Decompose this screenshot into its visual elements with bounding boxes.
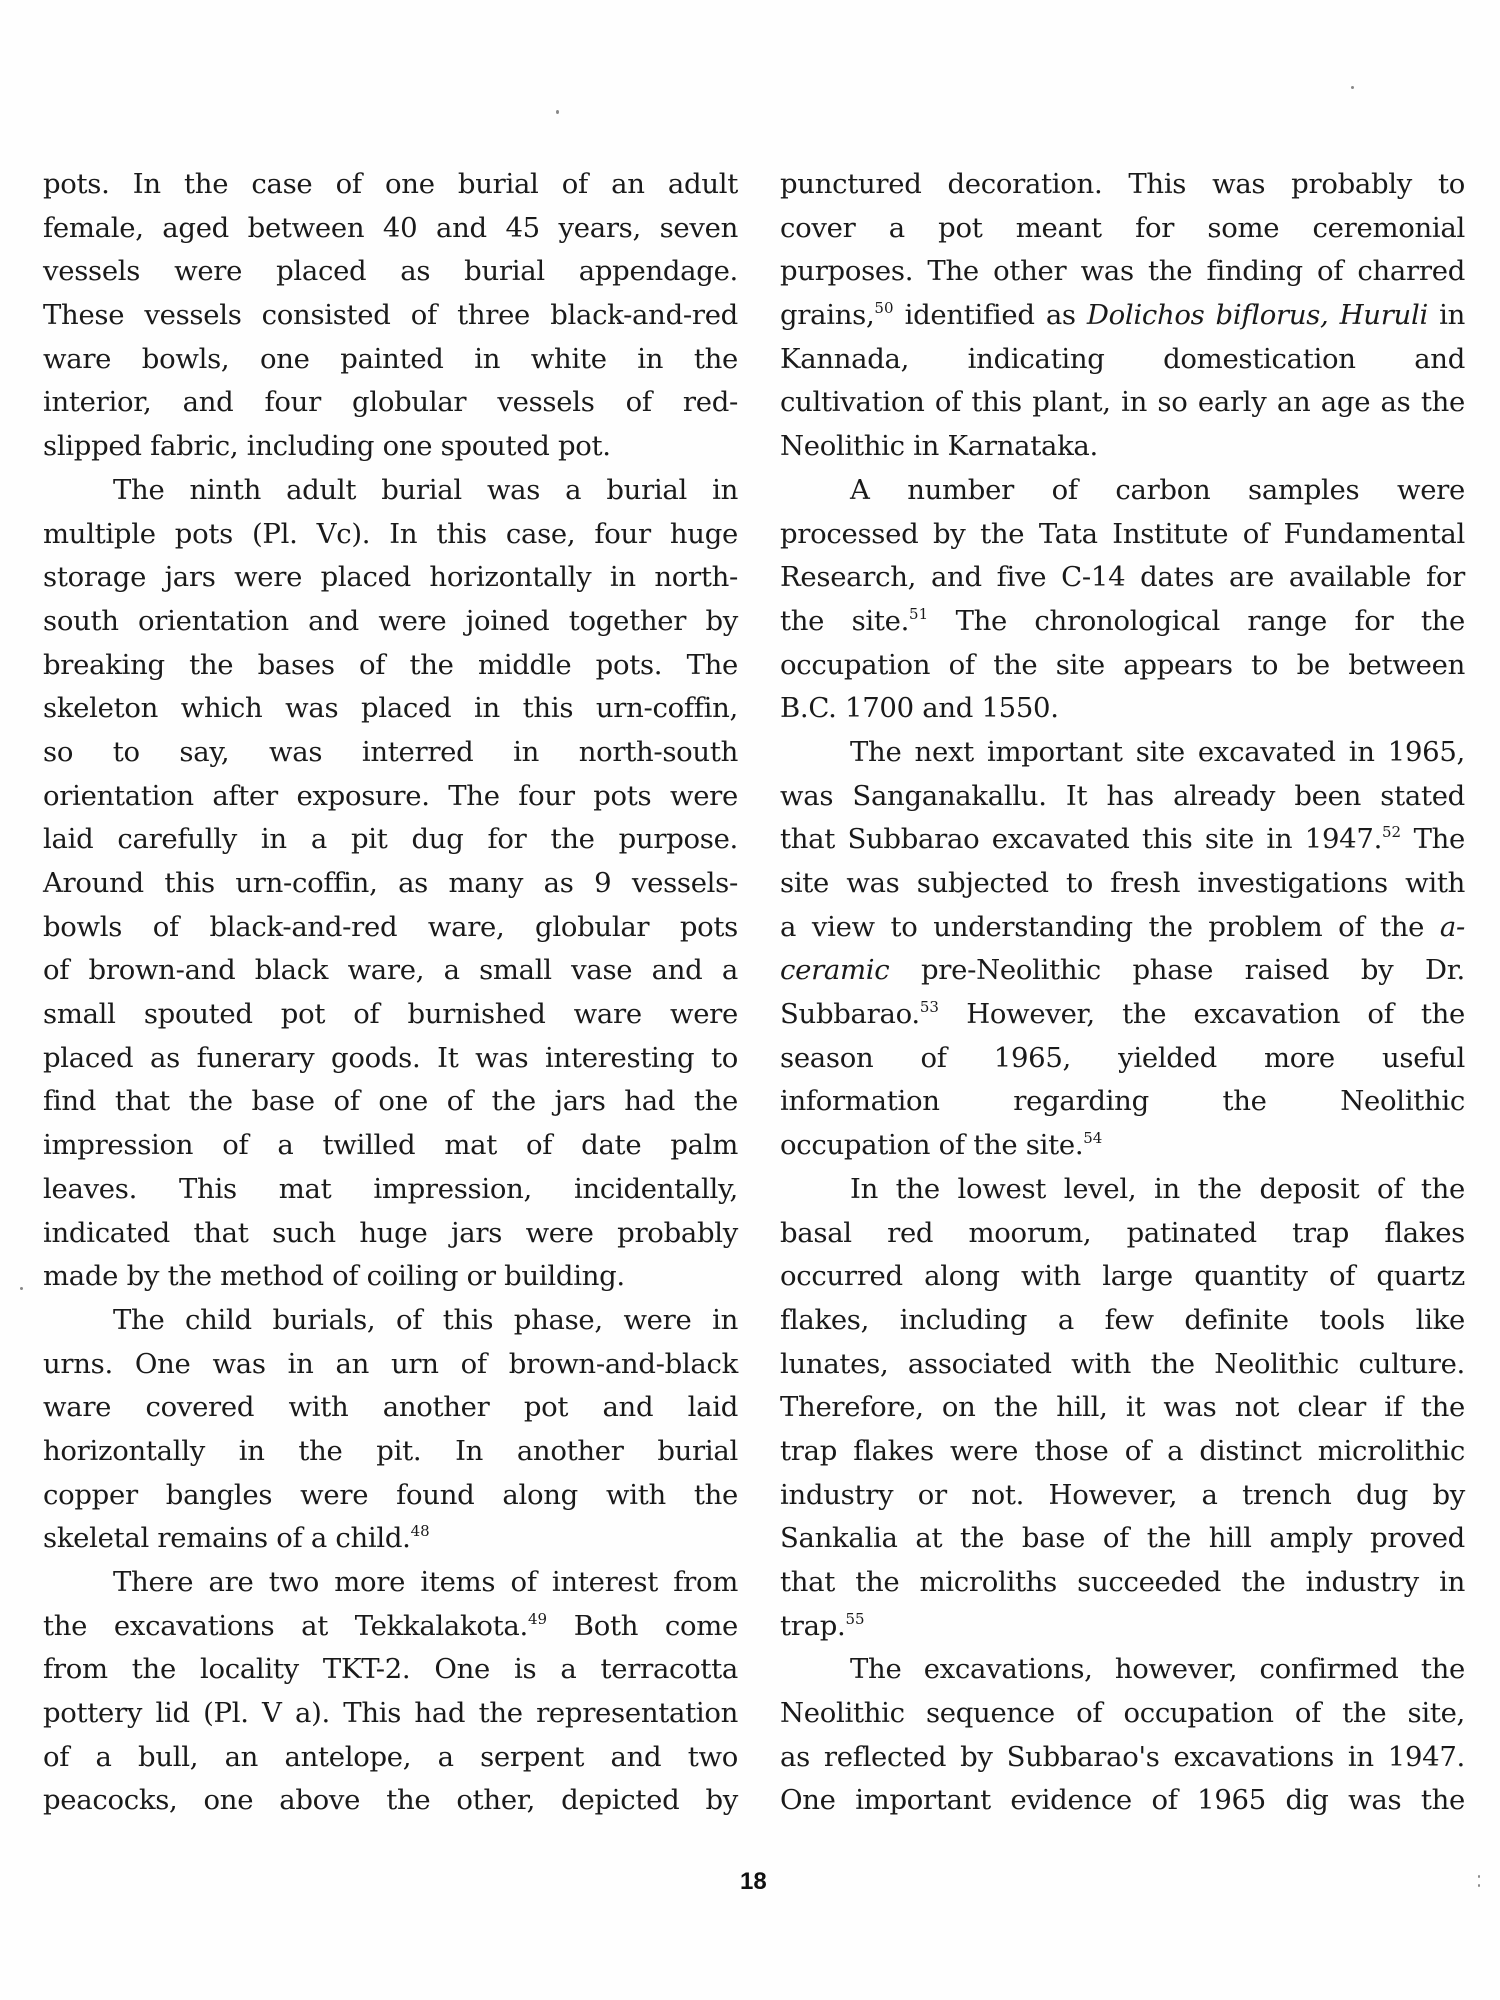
footnote-reference: 48 bbox=[411, 1522, 430, 1540]
text-line: basal red moorum, patinated trap flakes bbox=[780, 1212, 1465, 1256]
text-line: The ninth adult burial was a burial in bbox=[43, 469, 738, 513]
text-line: occupation of the site appears to be bet… bbox=[780, 644, 1465, 688]
text-line: the excavations at Tekkalakota.49 Both c… bbox=[43, 1605, 738, 1649]
line-text: The child burials, of this phase, were i… bbox=[113, 1304, 738, 1336]
line-text: orientation after exposure. The four pot… bbox=[43, 780, 738, 812]
text-line: leaves. This mat impression, incidentall… bbox=[43, 1168, 738, 1212]
text-line: pots. In the case of one burial of an ad… bbox=[43, 163, 738, 207]
text-line: grains,50 identified as Dolichos bifloru… bbox=[780, 294, 1465, 338]
line-text: south orientation and were joined togeth… bbox=[43, 605, 738, 637]
line-text: However, the excavation of the bbox=[939, 998, 1465, 1030]
line-text: processed by the Tata Institute of Funda… bbox=[780, 518, 1465, 550]
line-text: urns. One was in an urn of brown-and-bla… bbox=[43, 1348, 738, 1380]
scan-speck bbox=[20, 1287, 23, 1290]
line-text: industry or not. However, a trench dug b… bbox=[780, 1479, 1465, 1511]
line-text: cover a pot meant for some ceremonial bbox=[780, 212, 1465, 244]
text-line: Therefore, on the hill, it was not clear… bbox=[780, 1386, 1465, 1430]
footnote-reference: 51 bbox=[909, 605, 928, 623]
line-text: flakes, including a few definite tools l… bbox=[780, 1304, 1465, 1336]
line-text: site was subjected to fresh investigatio… bbox=[780, 867, 1465, 899]
line-text: small spouted pot of burnished ware were bbox=[43, 998, 738, 1030]
text-line: orientation after exposure. The four pot… bbox=[43, 775, 738, 819]
text-line: Research, and five C-14 dates are availa… bbox=[780, 556, 1465, 600]
line-text: breaking the bases of the middle pots. T… bbox=[43, 649, 738, 681]
line-text: season of 1965, yielded more useful bbox=[780, 1042, 1465, 1074]
text-line: so to say, was interred in north-south bbox=[43, 731, 738, 775]
line-text: in bbox=[1428, 299, 1465, 331]
line-text: as reflected by Subbarao's excavations i… bbox=[780, 1741, 1465, 1773]
line-text: the excavations at Tekkalakota. bbox=[43, 1610, 528, 1642]
line-text: There are two more items of interest fro… bbox=[113, 1566, 738, 1598]
text-line: The next important site excavated in 196… bbox=[780, 731, 1465, 775]
line-text: skeleton which was placed in this urn-co… bbox=[43, 692, 738, 724]
line-text: The bbox=[1401, 823, 1465, 855]
text-line: trap flakes were those of a distinct mic… bbox=[780, 1430, 1465, 1474]
text-line: the site.51 The chronological range for … bbox=[780, 600, 1465, 644]
footnote-reference: 50 bbox=[874, 299, 893, 317]
line-text: occupation of the site appears to be bet… bbox=[780, 649, 1465, 681]
text-line: peacocks, one above the other, depicted … bbox=[43, 1779, 738, 1823]
text-line: In the lowest level, in the deposit of t… bbox=[780, 1168, 1465, 1212]
line-text: purposes. The other was the finding of c… bbox=[780, 255, 1465, 287]
text-line: lunates, associated with the Neolithic c… bbox=[780, 1343, 1465, 1387]
text-line: Subbarao.53 However, the excavation of t… bbox=[780, 993, 1465, 1037]
right-text-column: punctured decoration. This was probably … bbox=[780, 163, 1465, 1823]
line-text: trap. bbox=[780, 1610, 845, 1642]
text-line: occurred along with large quantity of qu… bbox=[780, 1255, 1465, 1299]
text-line: punctured decoration. This was probably … bbox=[780, 163, 1465, 207]
text-line: ceramic pre-Neolithic phase raised by Dr… bbox=[780, 949, 1465, 993]
line-text: Sankalia at the base of the hill amply p… bbox=[780, 1522, 1465, 1554]
line-text: of a bull, an antelope, a serpent and tw… bbox=[43, 1741, 738, 1773]
text-line: information regarding the Neolithic bbox=[780, 1080, 1465, 1124]
text-line: find that the base of one of the jars ha… bbox=[43, 1080, 738, 1124]
text-line: urns. One was in an urn of brown-and-bla… bbox=[43, 1343, 738, 1387]
text-line: a view to understanding the problem of t… bbox=[780, 906, 1465, 950]
line-text: pots. In the case of one burial of an ad… bbox=[43, 168, 738, 200]
text-line: processed by the Tata Institute of Funda… bbox=[780, 513, 1465, 557]
text-line: bowls of black-and-red ware, globular po… bbox=[43, 906, 738, 950]
text-line: placed as funerary goods. It was interes… bbox=[43, 1037, 738, 1081]
line-text: The chronological range for the bbox=[928, 605, 1465, 637]
text-line: that the microliths succeeded the indust… bbox=[780, 1561, 1465, 1605]
line-text: Kannada, indicating domestication and bbox=[780, 343, 1465, 375]
line-text: The excavations, however, confirmed the bbox=[850, 1653, 1465, 1685]
text-line: Sankalia at the base of the hill amply p… bbox=[780, 1517, 1465, 1561]
line-text: ware covered with another pot and laid bbox=[43, 1391, 738, 1423]
text-line: B.C. 1700 and 1550. bbox=[780, 687, 1465, 731]
text-line: laid carefully in a pit dug for the purp… bbox=[43, 818, 738, 862]
line-text: female, aged between 40 and 45 years, se… bbox=[43, 212, 738, 244]
line-text: Neolithic in Karnataka. bbox=[780, 430, 1098, 462]
line-text: of brown-and black ware, a small vase an… bbox=[43, 954, 738, 986]
line-text: made by the method of coiling or buildin… bbox=[43, 1260, 625, 1292]
line-text: skeletal remains of a child. bbox=[43, 1522, 411, 1554]
text-line: The excavations, however, confirmed the bbox=[780, 1648, 1465, 1692]
text-line: south orientation and were joined togeth… bbox=[43, 600, 738, 644]
line-text: vessels were placed as burial appendage. bbox=[43, 255, 738, 287]
line-text: One important evidence of 1965 dig was t… bbox=[780, 1784, 1465, 1816]
line-text: pre-Neolithic phase raised by Dr. bbox=[889, 954, 1465, 986]
italic-term: a- bbox=[1440, 911, 1465, 943]
line-text: information regarding the Neolithic bbox=[780, 1085, 1465, 1117]
text-line: pottery lid (Pl. V a). This had the repr… bbox=[43, 1692, 738, 1736]
line-text: interior, and four globular vessels of r… bbox=[43, 386, 738, 418]
text-line: that Subbarao excavated this site in 194… bbox=[780, 818, 1465, 862]
line-text: cultivation of this plant, in so early a… bbox=[780, 386, 1465, 418]
line-text: Neolithic sequence of occupation of the … bbox=[780, 1697, 1465, 1729]
text-line: made by the method of coiling or buildin… bbox=[43, 1255, 738, 1299]
line-text: the site. bbox=[780, 605, 909, 637]
line-text: impression of a twilled mat of date palm bbox=[43, 1129, 738, 1161]
line-text: leaves. This mat impression, incidentall… bbox=[43, 1173, 738, 1205]
line-text: Around this urn-coffin, as many as 9 ves… bbox=[43, 867, 738, 899]
text-line: purposes. The other was the finding of c… bbox=[780, 250, 1465, 294]
text-line: There are two more items of interest fro… bbox=[43, 1561, 738, 1605]
text-line: of a bull, an antelope, a serpent and tw… bbox=[43, 1736, 738, 1780]
footnote-reference: 53 bbox=[920, 998, 939, 1016]
line-text: Research, and five C-14 dates are availa… bbox=[780, 561, 1465, 593]
text-line: Neolithic sequence of occupation of the … bbox=[780, 1692, 1465, 1736]
line-text: ware bowls, one painted in white in the bbox=[43, 343, 738, 375]
text-line: small spouted pot of burnished ware were bbox=[43, 993, 738, 1037]
text-line: indicated that such huge jars were proba… bbox=[43, 1212, 738, 1256]
text-line: One important evidence of 1965 dig was t… bbox=[780, 1779, 1465, 1823]
text-line: horizontally in the pit. In another buri… bbox=[43, 1430, 738, 1474]
line-text: In the lowest level, in the deposit of t… bbox=[850, 1173, 1465, 1205]
line-text: that the microliths succeeded the indust… bbox=[780, 1566, 1465, 1598]
text-line: ware covered with another pot and laid bbox=[43, 1386, 738, 1430]
line-text: Both come bbox=[547, 1610, 738, 1642]
text-line: A number of carbon samples were bbox=[780, 469, 1465, 513]
line-text: storage jars were placed horizontally in… bbox=[43, 561, 738, 593]
line-text: multiple pots (Pl. Vc). In this case, fo… bbox=[43, 518, 738, 550]
text-line: interior, and four globular vessels of r… bbox=[43, 381, 738, 425]
line-text: from the locality TKT-2. One is a terrac… bbox=[43, 1653, 738, 1685]
page-number: 18 bbox=[740, 1868, 767, 1896]
text-line: occupation of the site.54 bbox=[780, 1124, 1465, 1168]
text-line: ware bowls, one painted in white in the bbox=[43, 338, 738, 382]
text-line: slipped fabric, including one spouted po… bbox=[43, 425, 738, 469]
line-text: laid carefully in a pit dug for the purp… bbox=[43, 823, 738, 855]
text-line: cultivation of this plant, in so early a… bbox=[780, 381, 1465, 425]
text-line: from the locality TKT-2. One is a terrac… bbox=[43, 1648, 738, 1692]
line-text: bowls of black-and-red ware, globular po… bbox=[43, 911, 738, 943]
line-text: indicated that such huge jars were proba… bbox=[43, 1217, 738, 1249]
scan-speck bbox=[1351, 86, 1354, 89]
text-line: skeletal remains of a child.48 bbox=[43, 1517, 738, 1561]
line-text: These vessels consisted of three black-a… bbox=[43, 299, 738, 331]
text-line: Neolithic in Karnataka. bbox=[780, 425, 1465, 469]
text-line: site was subjected to fresh investigatio… bbox=[780, 862, 1465, 906]
text-line: The child burials, of this phase, were i… bbox=[43, 1299, 738, 1343]
line-text: trap flakes were those of a distinct mic… bbox=[780, 1435, 1465, 1467]
line-text: pottery lid (Pl. V a). This had the repr… bbox=[43, 1697, 738, 1729]
text-line: was Sanganakallu. It has already been st… bbox=[780, 775, 1465, 819]
line-text: peacocks, one above the other, depicted … bbox=[43, 1784, 738, 1816]
line-text: placed as funerary goods. It was interes… bbox=[43, 1042, 738, 1074]
line-text: lunates, associated with the Neolithic c… bbox=[780, 1348, 1465, 1380]
text-line: Kannada, indicating domestication and bbox=[780, 338, 1465, 382]
line-text: a view to understanding the problem of t… bbox=[780, 911, 1440, 943]
footnote-reference: 55 bbox=[845, 1610, 864, 1628]
line-text: The ninth adult burial was a burial in bbox=[113, 474, 738, 506]
line-text: horizontally in the pit. In another buri… bbox=[43, 1435, 738, 1467]
line-text: occurred along with large quantity of qu… bbox=[780, 1260, 1465, 1292]
line-text: slipped fabric, including one spouted po… bbox=[43, 430, 611, 462]
line-text: copper bangles were found along with the bbox=[43, 1479, 738, 1511]
footnote-reference: 54 bbox=[1083, 1129, 1102, 1147]
line-text: was Sanganakallu. It has already been st… bbox=[780, 780, 1465, 812]
text-line: multiple pots (Pl. Vc). In this case, fo… bbox=[43, 513, 738, 557]
text-line: industry or not. However, a trench dug b… bbox=[780, 1474, 1465, 1518]
text-line: flakes, including a few definite tools l… bbox=[780, 1299, 1465, 1343]
text-line: breaking the bases of the middle pots. T… bbox=[43, 644, 738, 688]
line-text: Subbarao. bbox=[780, 998, 920, 1030]
text-line: impression of a twilled mat of date palm bbox=[43, 1124, 738, 1168]
text-line: of brown-and black ware, a small vase an… bbox=[43, 949, 738, 993]
text-line: skeleton which was placed in this urn-co… bbox=[43, 687, 738, 731]
line-text: basal red moorum, patinated trap flakes bbox=[780, 1217, 1465, 1249]
text-line: vessels were placed as burial appendage. bbox=[43, 250, 738, 294]
line-text: identified as bbox=[894, 299, 1087, 331]
footnote-reference: 49 bbox=[528, 1610, 547, 1628]
text-line: storage jars were placed horizontally in… bbox=[43, 556, 738, 600]
text-line: female, aged between 40 and 45 years, se… bbox=[43, 207, 738, 251]
text-line: copper bangles were found along with the bbox=[43, 1474, 738, 1518]
text-line: cover a pot meant for some ceremonial bbox=[780, 207, 1465, 251]
line-text: so to say, was interred in north-south bbox=[43, 736, 738, 768]
text-line: season of 1965, yielded more useful bbox=[780, 1037, 1465, 1081]
text-line: trap.55 bbox=[780, 1605, 1465, 1649]
scan-speck bbox=[1478, 1884, 1480, 1887]
line-text: grains, bbox=[780, 299, 874, 331]
line-text: A number of carbon samples were bbox=[850, 474, 1465, 506]
document-page: pots. In the case of one burial of an ad… bbox=[0, 0, 1500, 2000]
italic-term: ceramic bbox=[780, 954, 889, 986]
footnote-reference: 52 bbox=[1382, 823, 1401, 841]
left-text-column: pots. In the case of one burial of an ad… bbox=[43, 163, 738, 1823]
text-line: as reflected by Subbarao's excavations i… bbox=[780, 1736, 1465, 1780]
text-line: Around this urn-coffin, as many as 9 ves… bbox=[43, 862, 738, 906]
text-line: These vessels consisted of three black-a… bbox=[43, 294, 738, 338]
line-text: that Subbarao excavated this site in 194… bbox=[780, 823, 1382, 855]
line-text: The next important site excavated in 196… bbox=[850, 736, 1465, 768]
line-text: Therefore, on the hill, it was not clear… bbox=[780, 1391, 1465, 1423]
italic-term: Dolichos biflorus, Huruli bbox=[1087, 299, 1428, 331]
scan-speck bbox=[1478, 1875, 1480, 1878]
line-text: punctured decoration. This was probably … bbox=[780, 168, 1465, 200]
line-text: occupation of the site. bbox=[780, 1129, 1083, 1161]
line-text: find that the base of one of the jars ha… bbox=[43, 1085, 738, 1117]
scan-speck bbox=[556, 110, 559, 114]
line-text: B.C. 1700 and 1550. bbox=[780, 692, 1059, 724]
